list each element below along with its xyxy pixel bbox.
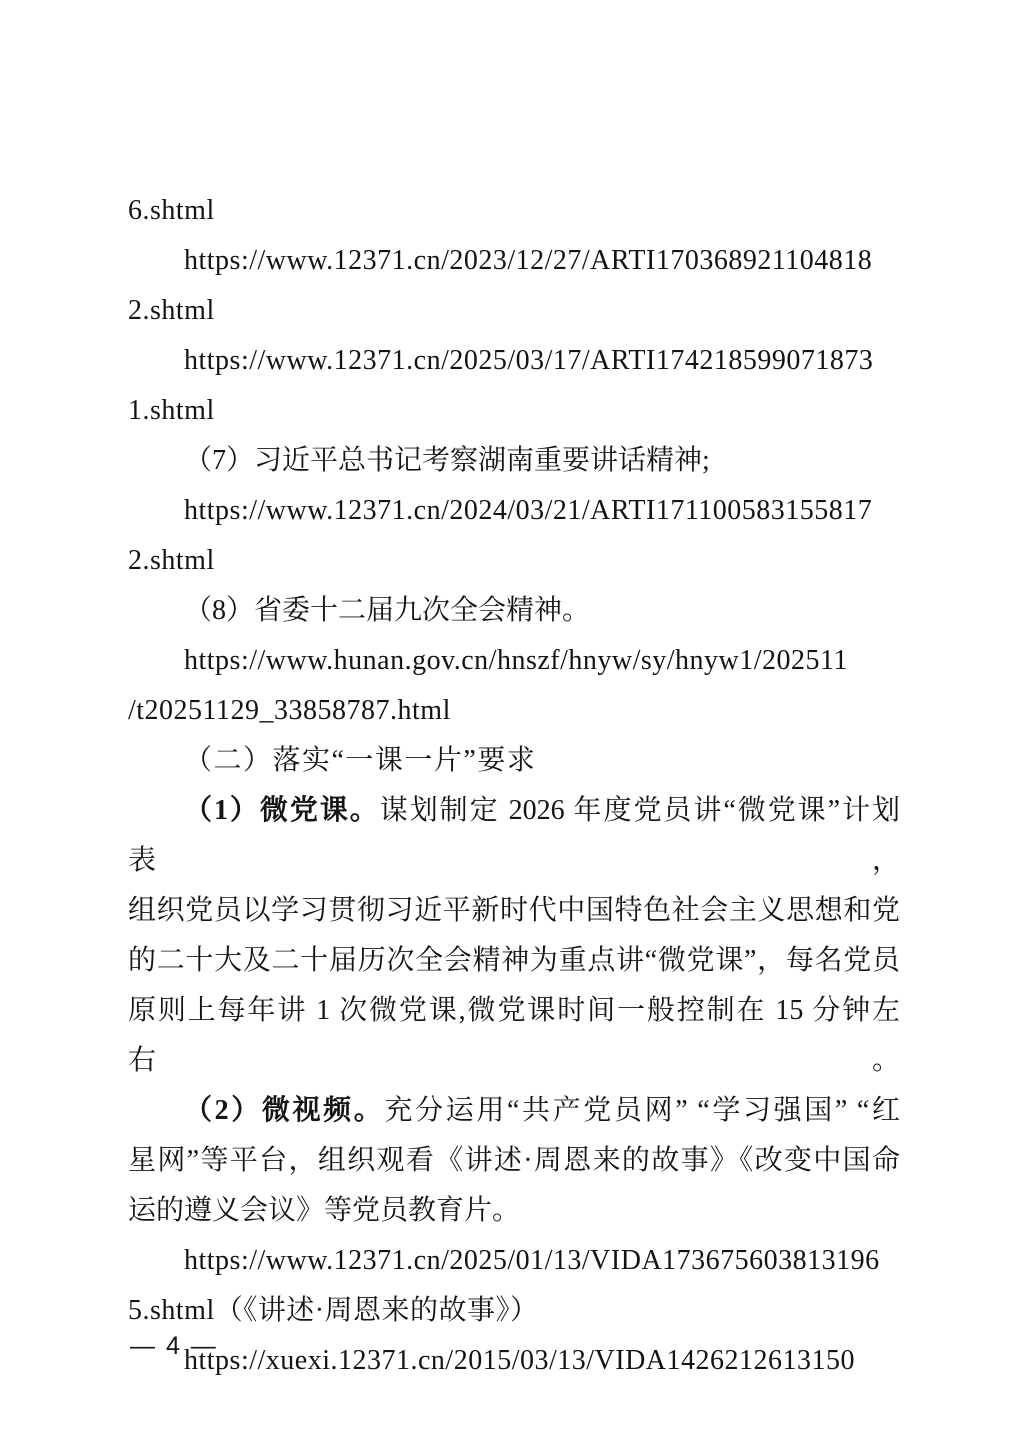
document-line: https://www.12371.cn/2025/01/13/VIDA1736… xyxy=(128,1236,900,1286)
line-text: （7）习近平总书记考察湖南重要讲话精神; xyxy=(184,445,710,476)
document-line: https://www.hunan.gov.cn/hnszf/hnyw/sy/h… xyxy=(128,636,900,686)
line-text: https://www.hunan.gov.cn/hnszf/hnyw/sy/h… xyxy=(184,645,848,676)
line-text: /t20251129_33858787.html xyxy=(128,695,451,726)
line-text: https://www.12371.cn/2023/12/27/ARTI1703… xyxy=(184,245,872,276)
line-text: https://xuexi.12371.cn/2015/03/13/VIDA14… xyxy=(184,1345,855,1376)
bold-lead-text: （2）微视频。 xyxy=(184,1095,384,1126)
document-line: 5.shtml（《讲述·周恩来的故事》） xyxy=(128,1286,900,1336)
document-line: （7）习近平总书记考察湖南重要讲话精神; xyxy=(128,436,900,486)
line-text: 6.shtml xyxy=(128,195,215,226)
line-text: （二）落实“一课一片”要求 xyxy=(184,745,536,776)
line-text: 运的遵义会议》等党员教育片。 xyxy=(128,1195,520,1226)
document-line: 组织党员以学习贯彻习近平新时代中国特色社会主义思想和党 xyxy=(128,886,900,936)
line-text: https://www.12371.cn/2025/01/13/VIDA1736… xyxy=(184,1245,880,1276)
bold-lead-text: （1）微党课。 xyxy=(184,795,380,826)
line-text: https://www.12371.cn/2025/03/17/ARTI1742… xyxy=(184,345,873,376)
document-line: 1.shtml xyxy=(128,386,900,436)
document-line: （8）省委十二届九次全会精神。 xyxy=(128,586,900,636)
document-line: 运的遵义会议》等党员教育片。 xyxy=(128,1186,900,1236)
document-line: 2.shtml xyxy=(128,536,900,586)
document-line: https://xuexi.12371.cn/2015/03/13/VIDA14… xyxy=(128,1336,900,1386)
document-line: https://www.12371.cn/2023/12/27/ARTI1703… xyxy=(128,236,900,286)
line-text: （8）省委十二届九次全会精神。 xyxy=(184,595,590,626)
document-line: （1）微党课。谋划制定 2026 年度党员讲“微党课”计划表， xyxy=(128,786,900,886)
line-text: 2.shtml xyxy=(128,295,215,326)
document-page: 6.shtmlhttps://www.12371.cn/2023/12/27/A… xyxy=(0,0,1024,1448)
line-text: 5.shtml（《讲述·周恩来的故事》） xyxy=(128,1295,539,1326)
line-text: 星网”等平台，组织观看《讲述·周恩来的故事》《改变中国命 xyxy=(128,1145,900,1176)
document-line: 星网”等平台，组织观看《讲述·周恩来的故事》《改变中国命 xyxy=(128,1136,900,1186)
page-footer: — 4 — xyxy=(130,1330,218,1362)
document-line: 的二十大及二十届历次全会精神为重点讲“微党课”，每名党员 xyxy=(128,936,900,986)
document-line: （2）微视频。充分运用“共产党员网” “学习强国” “红 xyxy=(128,1086,900,1136)
line-text: 的二十大及二十届历次全会精神为重点讲“微党课”，每名党员 xyxy=(128,945,900,976)
document-line: （二）落实“一课一片”要求 xyxy=(128,736,900,786)
line-text: 2.shtml xyxy=(128,545,215,576)
document-line: 2.shtml xyxy=(128,286,900,336)
line-text: 充分运用“共产党员网” “学习强国” “红 xyxy=(384,1095,900,1126)
document-line: https://www.12371.cn/2025/03/17/ARTI1742… xyxy=(128,336,900,386)
document-line: 原则上每年讲 1 次微党课,微党课时间一般控制在 15 分钟左右。 xyxy=(128,986,900,1086)
page-number: — 4 — xyxy=(130,1332,218,1360)
document-line: 6.shtml xyxy=(128,186,900,236)
document-line: /t20251129_33858787.html xyxy=(128,686,900,736)
line-text: 原则上每年讲 1 次微党课,微党课时间一般控制在 15 分钟左右。 xyxy=(128,995,900,1076)
line-text: https://www.12371.cn/2024/03/21/ARTI1711… xyxy=(184,495,872,526)
line-text: 1.shtml xyxy=(128,395,215,426)
document-lines: 6.shtmlhttps://www.12371.cn/2023/12/27/A… xyxy=(128,186,900,1386)
line-text: 组织党员以学习贯彻习近平新时代中国特色社会主义思想和党 xyxy=(128,895,900,926)
document-line: https://www.12371.cn/2024/03/21/ARTI1711… xyxy=(128,486,900,536)
